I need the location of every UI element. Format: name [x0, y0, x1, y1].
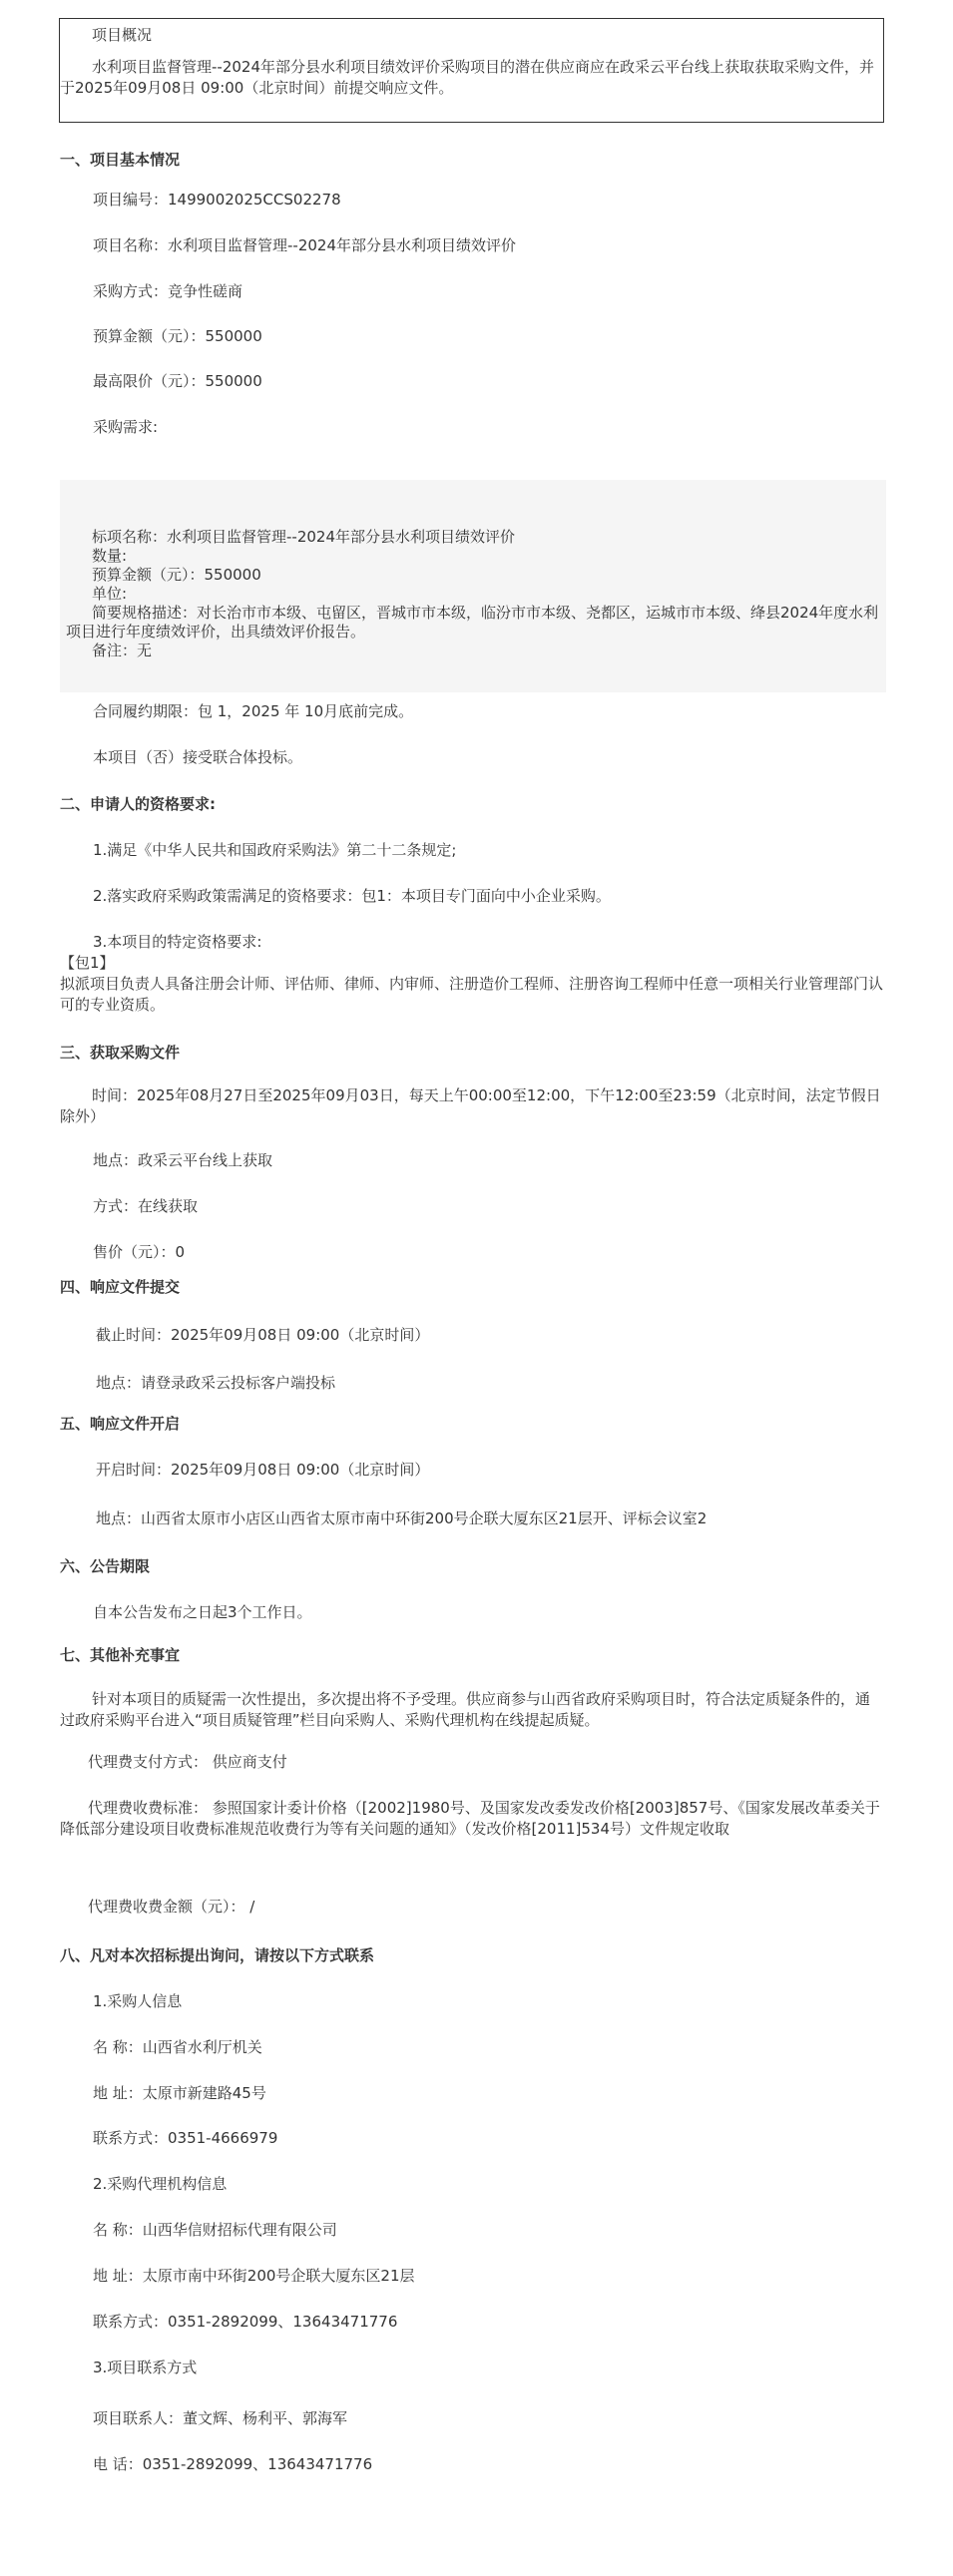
project-name: 项目名称：水利项目监督管理--2024年部分县水利项目绩效评价: [93, 235, 516, 255]
max-price: 最高限价（元）：550000: [93, 371, 262, 391]
budget-amount: 预算金额（元）：550000: [93, 326, 262, 346]
qualification-item-2: 2.落实政府采购政策需满足的资格要求：包1：本项目专门面向中小企业采购。: [93, 886, 611, 906]
procurement-method: 采购方式：竞争性磋商: [93, 281, 242, 301]
obtain-method: 方式：在线获取: [93, 1196, 198, 1216]
lot-quantity: 数量:: [66, 547, 884, 566]
challenge-notice: 针对本项目的质疑需一次性提出，多次提出将不予受理。供应商参与山西省政府采购项目时…: [60, 1689, 884, 1731]
section6-heading: 六、公告期限: [60, 1556, 150, 1576]
agency-fee-amount: 代理费收费金额（元）： /: [88, 1897, 254, 1917]
qualification-item-3: 3.本项目的特定资格要求:: [93, 932, 261, 952]
lot-name: 标项名称：水利项目监督管理--2024年部分县水利项目绩效评价: [66, 528, 884, 547]
section4-heading: 四、响应文件提交: [60, 1277, 180, 1297]
agency-contact: 联系方式：0351-2892099、13643471776: [93, 2312, 397, 2332]
lot-tag: 【包1】: [60, 953, 115, 973]
agency-info-title: 2.采购代理机构信息: [93, 2174, 227, 2194]
document-price: 售价（元）：0: [93, 1242, 185, 1262]
notice-period: 自本公告发布之日起3个工作日。: [93, 1602, 312, 1622]
buyer-address: 地 址：太原市新建路45号: [93, 2083, 266, 2103]
agency-address: 地 址：太原市南中环街200号企联大厦东区21层: [93, 2266, 415, 2286]
demand-label: 采购需求:: [93, 417, 158, 437]
opening-place: 地点：山西省太原市小店区山西省太原市南中环街200号企联大厦东区21层开、评标会…: [96, 1508, 707, 1528]
project-summary-box: 项目概况 水利项目监督管理--2024年部分县水利项目绩效评价采购项目的潜在供应…: [59, 18, 884, 123]
section7-heading: 七、其他补充事宜: [60, 1645, 180, 1665]
agency-fee-payment: 代理费支付方式： 供应商支付: [88, 1752, 287, 1772]
section8-heading: 八、凡对本次招标提出询问，请按以下方式联系: [60, 1945, 374, 1965]
summary-title: 项目概况: [92, 25, 152, 45]
submission-deadline: 截止时间：2025年09月08日 09:00（北京时间）: [96, 1325, 429, 1345]
lot-spec: 简要规格描述：对长治市市本级、屯留区，晋城市市本级，临汾市市本级、尧都区，运城市…: [66, 604, 884, 642]
buyer-contact: 联系方式：0351-4666979: [93, 2128, 277, 2148]
lot-requirement: 拟派项目负责人具备注册会计师、评估师、律师、内审师、注册造价工程师、注册咨询工程…: [60, 974, 884, 1016]
demand-detail-block: 标项名称：水利项目监督管理--2024年部分县水利项目绩效评价 数量: 预算金额…: [60, 480, 886, 692]
buyer-info-title: 1.采购人信息: [93, 1991, 182, 2011]
project-phone: 电 话：0351-2892099、13643471776: [93, 2454, 372, 2474]
lot-budget: 预算金额（元）：550000: [66, 566, 884, 585]
summary-body: 水利项目监督管理--2024年部分县水利项目绩效评价采购项目的潜在供应商应在政采…: [60, 57, 883, 99]
agency-name: 名 称：山西华信财招标代理有限公司: [93, 2220, 337, 2240]
submission-place: 地点：请登录政采云投标客户端投标: [96, 1373, 335, 1393]
qualification-item-1: 1.满足《中华人民共和国政府采购法》第二十二条规定;: [93, 840, 456, 860]
project-contacts: 项目联系人：董文辉、杨利平、郭海军: [93, 2408, 347, 2428]
buyer-name: 名 称：山西省水利厅机关: [93, 2037, 262, 2057]
lot-unit: 单位:: [66, 585, 884, 604]
project-contact-title: 3.项目联系方式: [93, 2358, 197, 2377]
lot-remark: 备注：无: [66, 642, 884, 660]
section3-heading: 三、获取采购文件: [60, 1043, 180, 1063]
agency-fee-standard: 代理费收费标准： 参照国家计委计价格（[2002]1980号、及国家发改委发改价…: [60, 1798, 884, 1840]
project-number: 项目编号：1499002025CCS02278: [93, 190, 341, 210]
section2-heading: 二、申请人的资格要求:: [60, 794, 216, 814]
consortium-policy: 本项目（否）接受联合体投标。: [93, 747, 302, 767]
contract-period: 合同履约期限：包 1，2025 年 10月底前完成。: [93, 701, 413, 721]
section1-heading: 一、项目基本情况: [60, 150, 180, 170]
obtain-time: 时间：2025年08月27日至2025年09月03日，每天上午00:00至12:…: [60, 1085, 884, 1127]
opening-time: 开启时间：2025年09月08日 09:00（北京时间）: [96, 1460, 429, 1480]
obtain-place: 地点：政采云平台线上获取: [93, 1150, 272, 1170]
section5-heading: 五、响应文件开启: [60, 1414, 180, 1434]
